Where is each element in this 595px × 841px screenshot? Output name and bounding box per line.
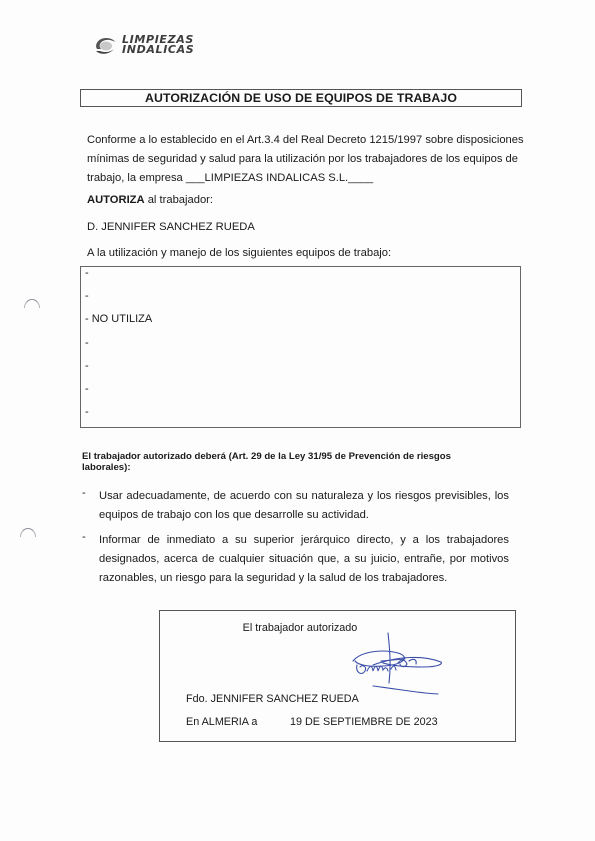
bullet-marker: - [82, 531, 86, 543]
authorizes-rest: al trabajador: [145, 194, 213, 206]
punch-hole-icon [20, 528, 36, 537]
equipment-list-box: - - - NO UTILIZA - - - - [80, 266, 521, 428]
intro-paragraph: Conforme a lo establecido en el Art.3.4 … [87, 131, 527, 188]
obligation-item: Usar adecuadamente, de acuerdo con su na… [99, 487, 509, 525]
equipment-item: - NO UTILIZA [85, 313, 152, 325]
obligation-line: designados, acerca de cualquier situació… [99, 550, 509, 569]
obligation-line: Informar de inmediato a su superior jerá… [99, 531, 509, 550]
document-title-box: AUTORIZACIÓN DE USO DE EQUIPOS DE TRABAJ… [80, 89, 522, 107]
obligations-heading-line: El trabajador autorizado deberá (Art. 29… [82, 451, 502, 462]
equipment-item: - [85, 337, 89, 349]
intro-line: trabajo, la empresa ___LIMPIEZAS INDALIC… [87, 169, 527, 188]
company-logo: LIMPIEZAS INDALICAS [93, 34, 213, 60]
bullet-marker: - [82, 487, 86, 499]
obligation-line: razonables, un riesgo para la seguridad … [99, 569, 509, 588]
signature-date: 19 DE SEPTIEMBRE DE 2023 [290, 716, 438, 728]
company-logo-icon [93, 36, 117, 56]
equipment-item: - [85, 290, 89, 302]
intro-line: Conforme a lo establecido en el Art.3.4 … [87, 131, 527, 150]
authorizes-keyword: AUTORIZA [87, 194, 145, 206]
obligation-item: Informar de inmediato a su superior jerá… [99, 531, 509, 588]
equipment-item: - [85, 383, 89, 395]
worker-name: D. JENNIFER SANCHEZ RUEDA [87, 221, 255, 233]
company-logo-text: LIMPIEZAS INDALICAS [122, 35, 194, 55]
document-title: AUTORIZACIÓN DE USO DE EQUIPOS DE TRABAJ… [81, 91, 521, 105]
handwritten-signature-icon [343, 631, 463, 701]
equipment-item: - [85, 406, 89, 418]
equipment-item: - [85, 267, 89, 279]
logo-line-2: INDALICAS [122, 45, 194, 55]
authorizes-line: AUTORIZA al trabajador: [87, 194, 213, 206]
obligations-heading: El trabajador autorizado deberá (Art. 29… [82, 451, 502, 473]
signature-place: En ALMERIA a [186, 716, 257, 728]
signature-block: El trabajador autorizado Fdo. JENNIFER S… [159, 610, 516, 742]
equipment-intro: A la utilización y manejo de los siguien… [87, 247, 391, 259]
intro-line: mínimas de seguridad y salud para la uti… [87, 150, 527, 169]
obligations-heading-line: laborales): [82, 462, 502, 473]
obligation-line: equipos de trabajo con los que desarroll… [99, 506, 509, 525]
equipment-item: - [85, 360, 89, 372]
punch-hole-icon [24, 299, 40, 308]
obligation-line: Usar adecuadamente, de acuerdo con su na… [99, 487, 509, 506]
signed-by: Fdo. JENNIFER SANCHEZ RUEDA [186, 693, 359, 705]
